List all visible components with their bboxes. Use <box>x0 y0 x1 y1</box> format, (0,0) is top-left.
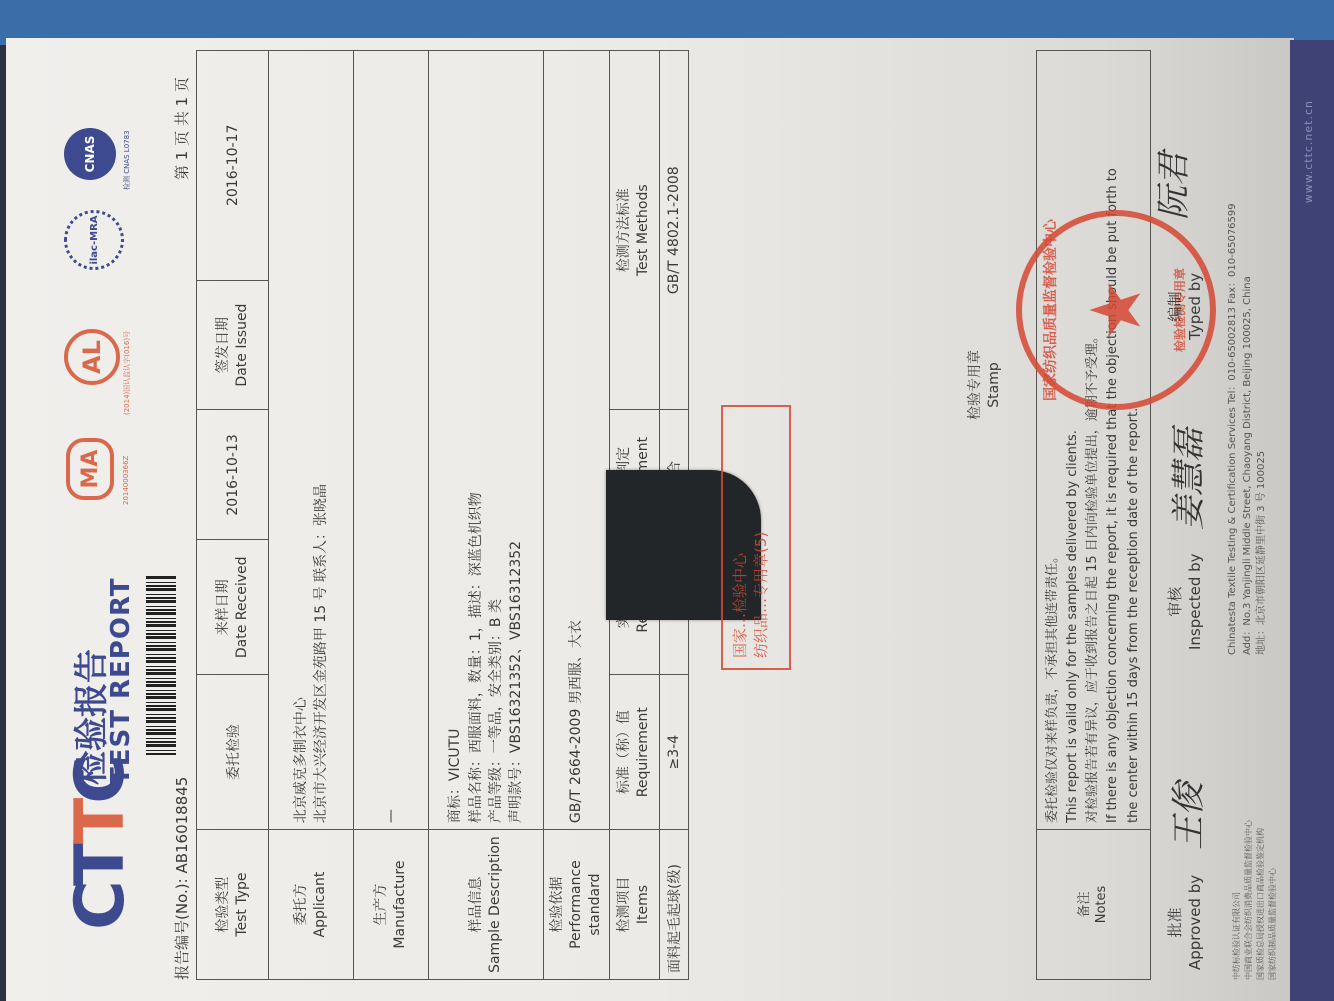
page-number: 第 1 页 共 1 页 <box>171 77 192 180</box>
footer-organizations: 中纺标检验认证有限公司 中国商业联合会纺织消费品质量监督检验中心 国家质检总局授… <box>1231 820 1279 980</box>
test-type-label: 检验类型Test Type <box>197 830 269 980</box>
date-issued-value: 2016-10-17 <box>197 51 269 281</box>
typed-by-label: 编制Typed by <box>1166 273 1205 340</box>
cal-badge-icon: AL <box>64 329 120 385</box>
date-issued-label: 签发日期Date Issued <box>197 280 269 410</box>
manufacture-value: — <box>354 51 429 830</box>
notes-table: 备注Notes 委托检验仅对来样负责，不承担其他连带责任。 This repor… <box>1036 50 1151 980</box>
title-en: TEST REPORT <box>106 577 136 785</box>
report-number: 报告编号(No.): AB16018845 <box>171 777 192 980</box>
applicant-row: 委托方Applicant 北京威克多制衣中心 北京市大兴经济开发区金苑路甲 15… <box>269 51 354 980</box>
col-test-methods: 检测方法标准Test Methods <box>609 51 659 410</box>
cnas-badge-icon: CNAS <box>64 128 116 180</box>
sample-value: 商标：VICUTU 样品名称：西服面料，数量：1，描述：深蓝色机织物 产品等级：… <box>429 51 544 830</box>
standard-label: 检验依据Performance standard <box>544 830 610 980</box>
date-received-label: 来样日期Date Received <box>197 540 269 675</box>
method-cell: GB/T 4802.1-2008 <box>659 51 688 410</box>
stamp-label: 检验专用章 Stamp <box>966 350 1004 420</box>
sample-label: 样品信息Sample Description <box>429 830 544 980</box>
notes-label: 备注Notes <box>1037 830 1151 980</box>
applicant-value: 北京威克多制衣中心 北京市大兴经济开发区金苑路甲 15 号 联系人：张晓晶 <box>269 51 354 830</box>
cma-badge-icon: MA <box>66 438 114 500</box>
inspected-by-label: 审核Inspected by <box>1166 553 1205 650</box>
sample-row: 样品信息Sample Description 商标：VICUTU 样品名称：西服… <box>429 51 544 980</box>
accreditation-badges: MA 2014000366Z AL (2014)国认监认字(016)号 ilac… <box>66 60 156 500</box>
barcode <box>146 575 176 755</box>
standard-value: GB/T 2664-2009 男西服、大衣 <box>544 51 610 830</box>
applicant-label: 委托方Applicant <box>269 830 354 980</box>
test-type-value: 委托检验 <box>197 675 269 830</box>
report-number-value: AB16018845 <box>173 777 191 874</box>
col-requirement: 标准（称）值Requirement <box>609 675 659 830</box>
inspected-signature: 姜慧磊 <box>1161 428 1210 530</box>
standard-row: 检验依据Performance standard GB/T 2664-2009 … <box>544 51 610 980</box>
sample-seal-stamp: 国家…检验中心 纺织品…专用章(5) <box>721 405 791 670</box>
approved-signature: 王俊 <box>1161 782 1210 850</box>
date-received-value: 2016-10-13 <box>197 410 269 540</box>
background-folder <box>0 0 1334 40</box>
star-icon: ★ <box>1075 279 1157 342</box>
notes-text: 委托检验仅对来样负责，不承担其他连带责任。 This report is val… <box>1037 51 1151 830</box>
ilac-mra-badge-icon: ilac-MRA <box>64 210 124 270</box>
footer-brand-strip: www.cttc.net.cn <box>1290 40 1334 1001</box>
manufacture-row: 生产方Manufacture — <box>354 51 429 980</box>
typed-signature: 阮君 <box>1146 152 1195 220</box>
report-header-row: 检验类型Test Type 委托检验 来样日期Date Received 201… <box>197 51 269 980</box>
website: www.cttc.net.cn <box>1302 100 1315 203</box>
cttc-logo: CTTC <box>61 760 140 930</box>
col-items: 检测项目Items <box>609 830 659 980</box>
test-report-document: CTTC 检验报告 TEST REPORT 报告编号(No.): AB16018… <box>6 40 1296 1000</box>
footer-contact: Chinatesta Textile Testing & Certificati… <box>1226 203 1270 655</box>
approved-by-label: 批准Approved by <box>1166 875 1205 970</box>
item-cell: 面料起毛起球(级) <box>659 830 688 980</box>
requirement-cell: ≥3-4 <box>659 675 688 830</box>
manufacture-label: 生产方Manufacture <box>354 830 429 980</box>
